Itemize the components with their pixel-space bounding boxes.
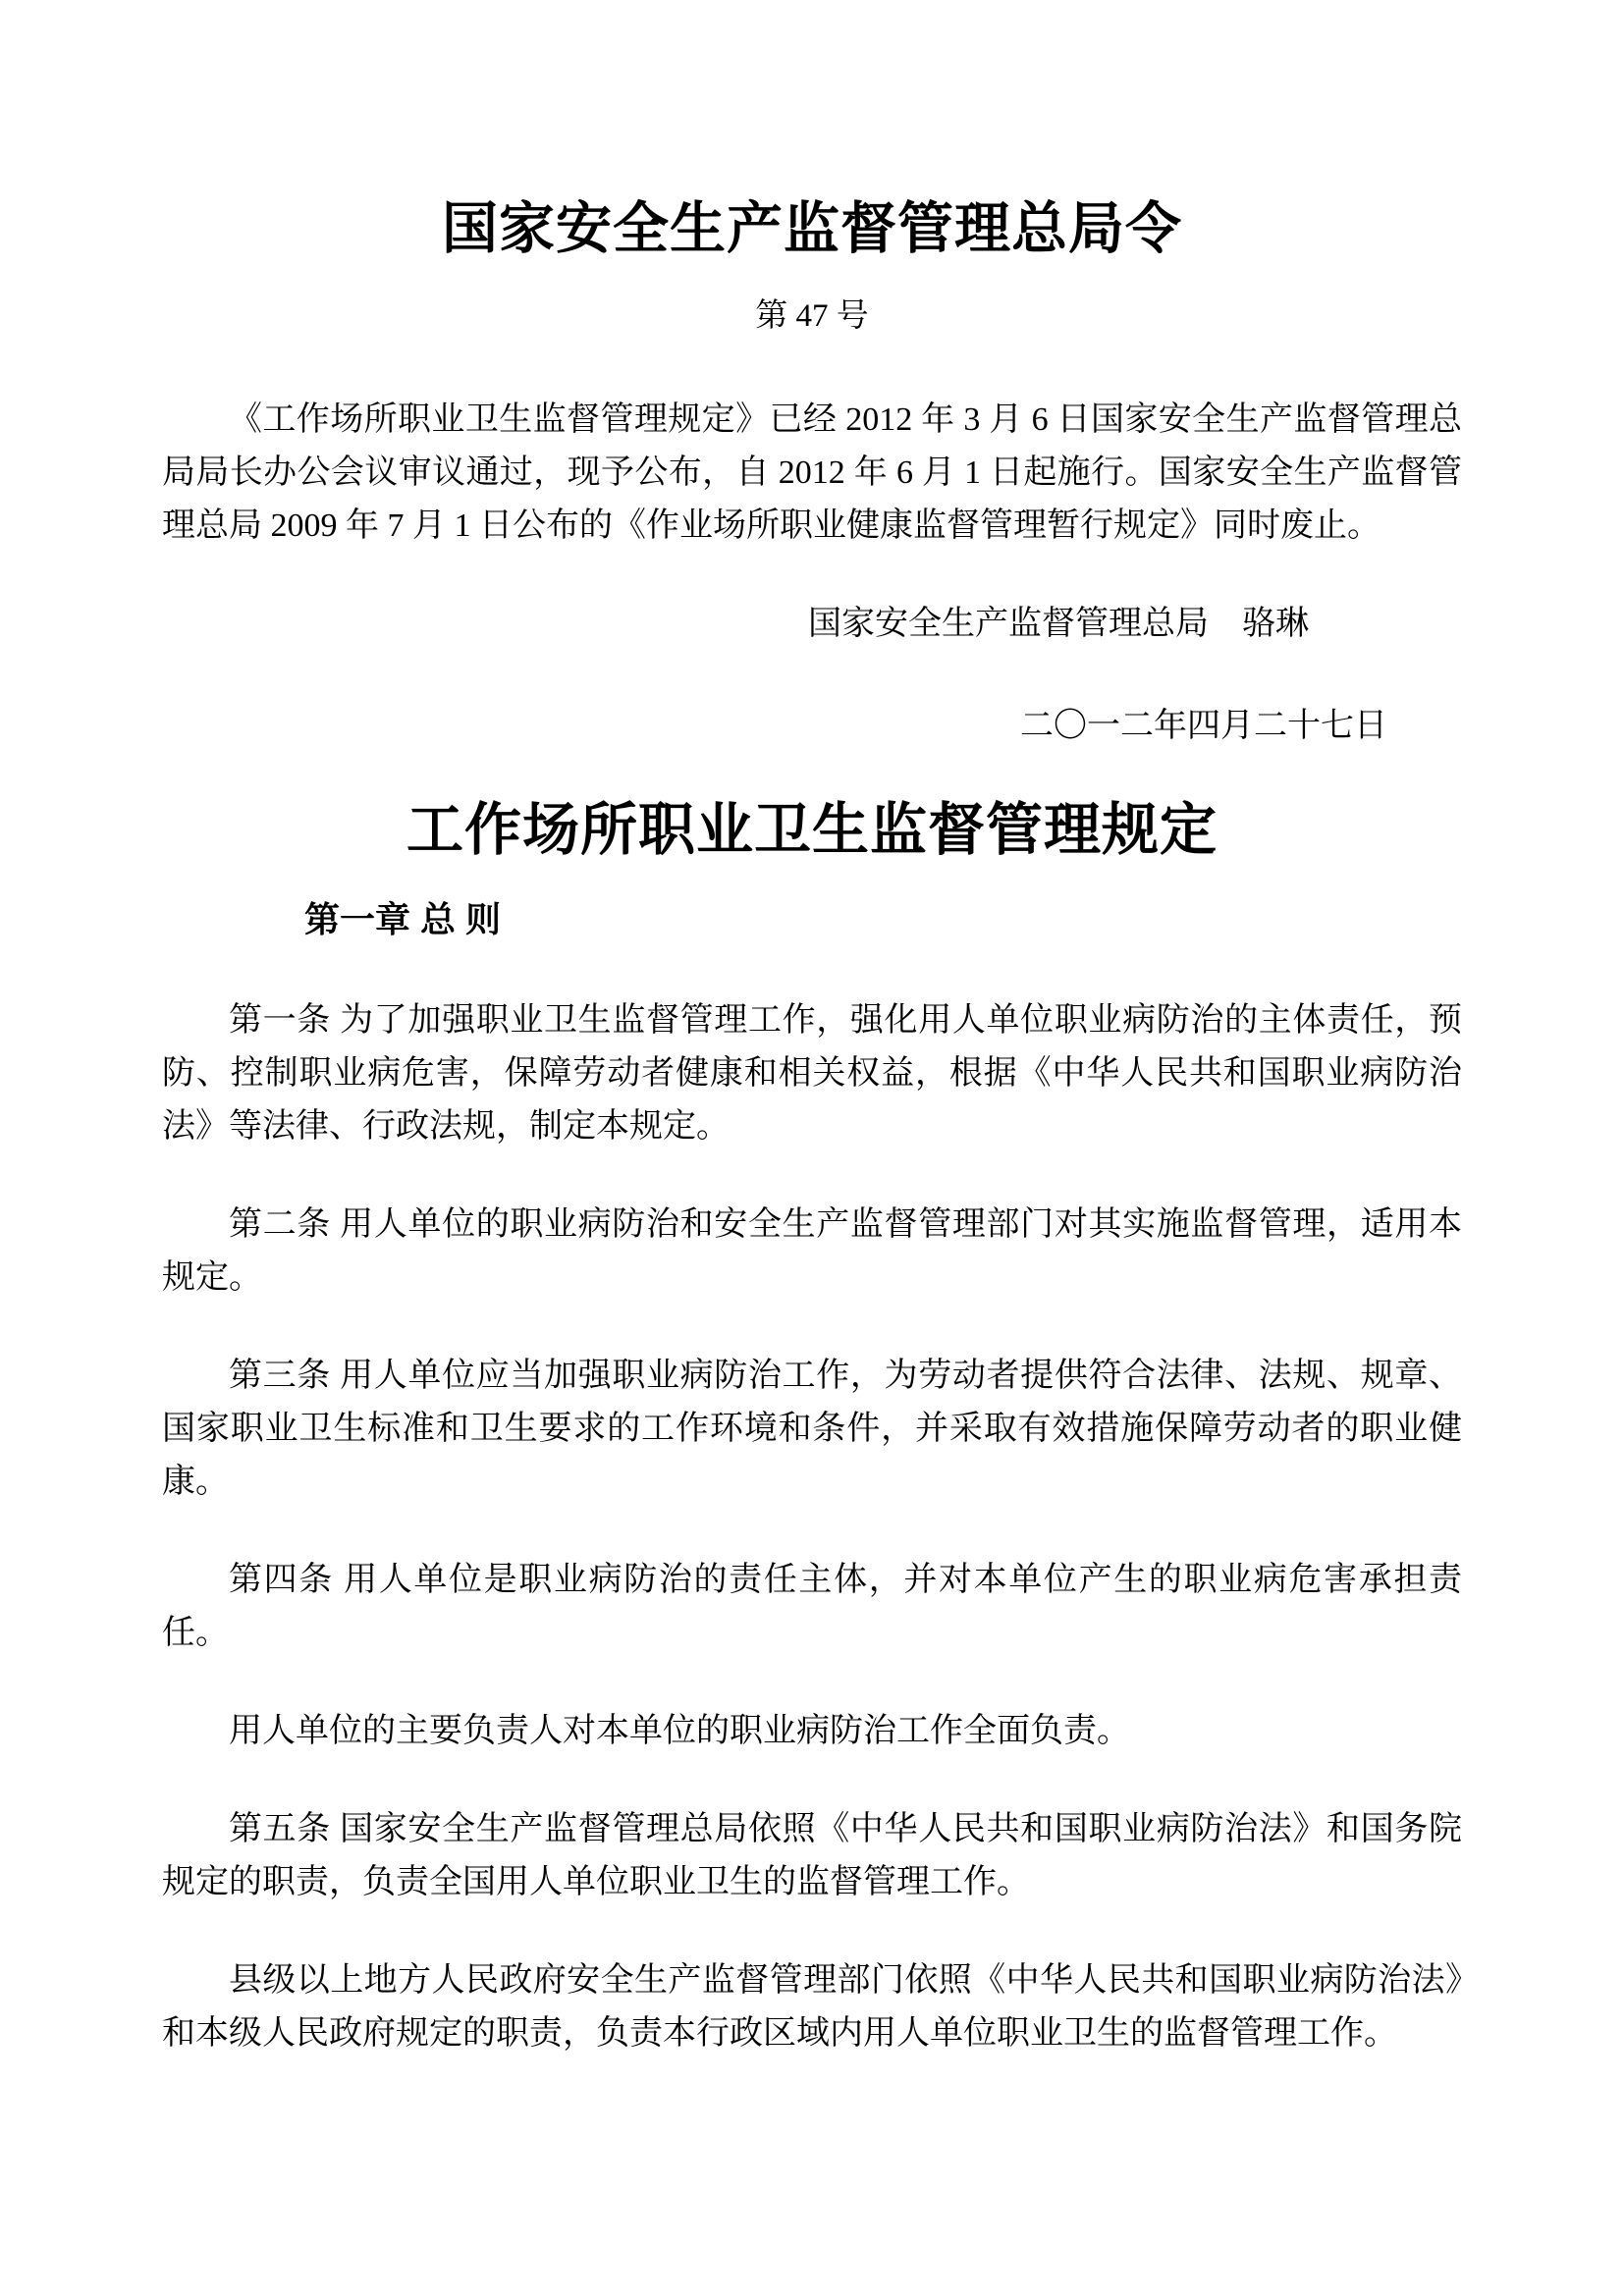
article-5-continuation-paragraph: 县级以上地方人民政府安全生产监督管理部门依照《中华人民共和国职业病防治法》和本级… xyxy=(162,1954,1462,2060)
order-title: 国家安全生产监督管理总局令 xyxy=(162,191,1462,268)
article-2-paragraph: 第二条 用人单位的职业病防治和安全生产监督管理部门对其实施监督管理，适用本规定。 xyxy=(162,1199,1462,1305)
document-page: 国家安全生产监督管理总局令 第 47 号 《工作场所职业卫生监督管理规定》已经 … xyxy=(0,0,1624,2296)
chapter-heading: 第一章 总 则 xyxy=(304,896,1462,943)
order-intro-paragraph: 《工作场所职业卫生监督管理规定》已经 2012 年 3 月 6 日国家安全生产监… xyxy=(162,394,1462,553)
article-3-paragraph: 第三条 用人单位应当加强职业病防治工作，为劳动者提供符合法律、法规、规章、国家职… xyxy=(162,1350,1462,1509)
issuer-signature: 国家安全生产监督管理总局 骆琳 xyxy=(162,598,1462,651)
issue-date: 二〇一二年四月二十七日 xyxy=(162,700,1462,753)
article-4-paragraph: 第四条 用人单位是职业病防治的责任主体，并对本单位产生的职业病危害承担责任。 xyxy=(162,1554,1462,1660)
order-number: 第 47 号 xyxy=(162,294,1462,339)
regulation-title: 工作场所职业卫生监督管理规定 xyxy=(162,794,1462,867)
article-5-paragraph: 第五条 国家安全生产监督管理总局依照《中华人民共和国职业病防治法》和国务院规定的… xyxy=(162,1803,1462,1909)
article-1-paragraph: 第一条 为了加强职业卫生监督管理工作，强化用人单位职业病防治的主体责任，预防、控… xyxy=(162,994,1462,1153)
article-4-continuation-paragraph: 用人单位的主要负责人对本单位的职业病防治工作全面负责。 xyxy=(162,1705,1462,1758)
